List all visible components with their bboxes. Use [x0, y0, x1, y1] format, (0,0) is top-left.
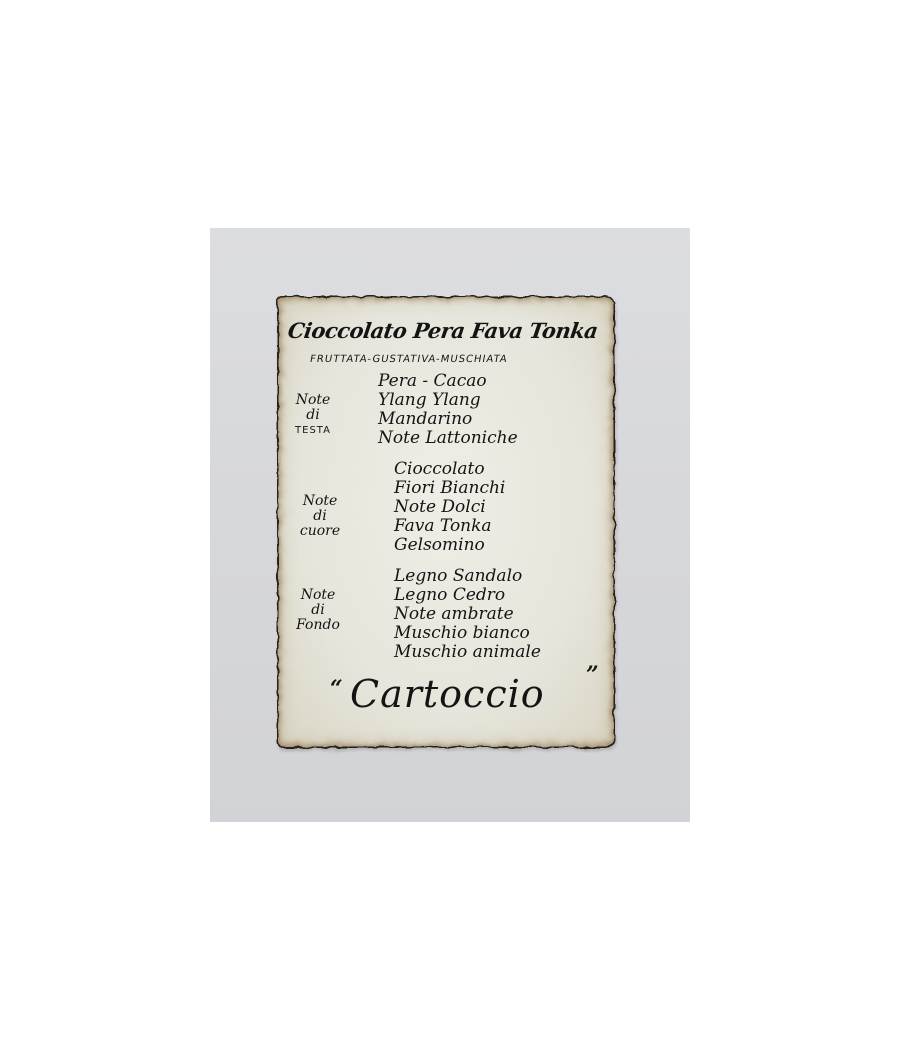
note-item: Fiori Bianchi — [394, 479, 505, 498]
note-item: Pera - Cacao — [378, 372, 518, 391]
brand-close-quote: ” — [586, 662, 599, 688]
brand-name: Cartoccio — [350, 672, 545, 716]
notes-top: Pera - Cacao Ylang Ylang Mandarino Note … — [378, 372, 518, 448]
note-item: Note Lattoniche — [378, 429, 518, 448]
note-item: Legno Sandalo — [394, 567, 541, 586]
note-item: Cioccolato — [394, 460, 505, 479]
note-item: Note Dolci — [394, 498, 505, 517]
section-label-heart: Note di cuore — [292, 494, 348, 539]
notes-heart: Cioccolato Fiori Bianchi Note Dolci Fava… — [394, 460, 505, 555]
section-label-top: Note di TESTA — [290, 393, 336, 438]
note-item: Note ambrate — [394, 605, 541, 624]
note-item: Fava Tonka — [394, 517, 505, 536]
section-label-base: Note di Fondo — [292, 588, 344, 633]
note-item: Ylang Ylang — [378, 391, 518, 410]
notes-base: Legno Sandalo Legno Cedro Note ambrate M… — [394, 567, 541, 662]
brand-open-quote: “ — [330, 676, 343, 702]
note-item: Gelsomino — [394, 536, 505, 555]
note-item: Muschio animale — [394, 643, 541, 662]
note-item: Legno Cedro — [394, 586, 541, 605]
note-item: Mandarino — [378, 410, 518, 429]
card-subtitle: FRUTTATA-GUSTATIVA-MUSCHIATA — [309, 354, 509, 365]
note-item: Muschio bianco — [394, 624, 541, 643]
card-title: Cioccolato Pera Fava Tonka — [286, 318, 599, 343]
